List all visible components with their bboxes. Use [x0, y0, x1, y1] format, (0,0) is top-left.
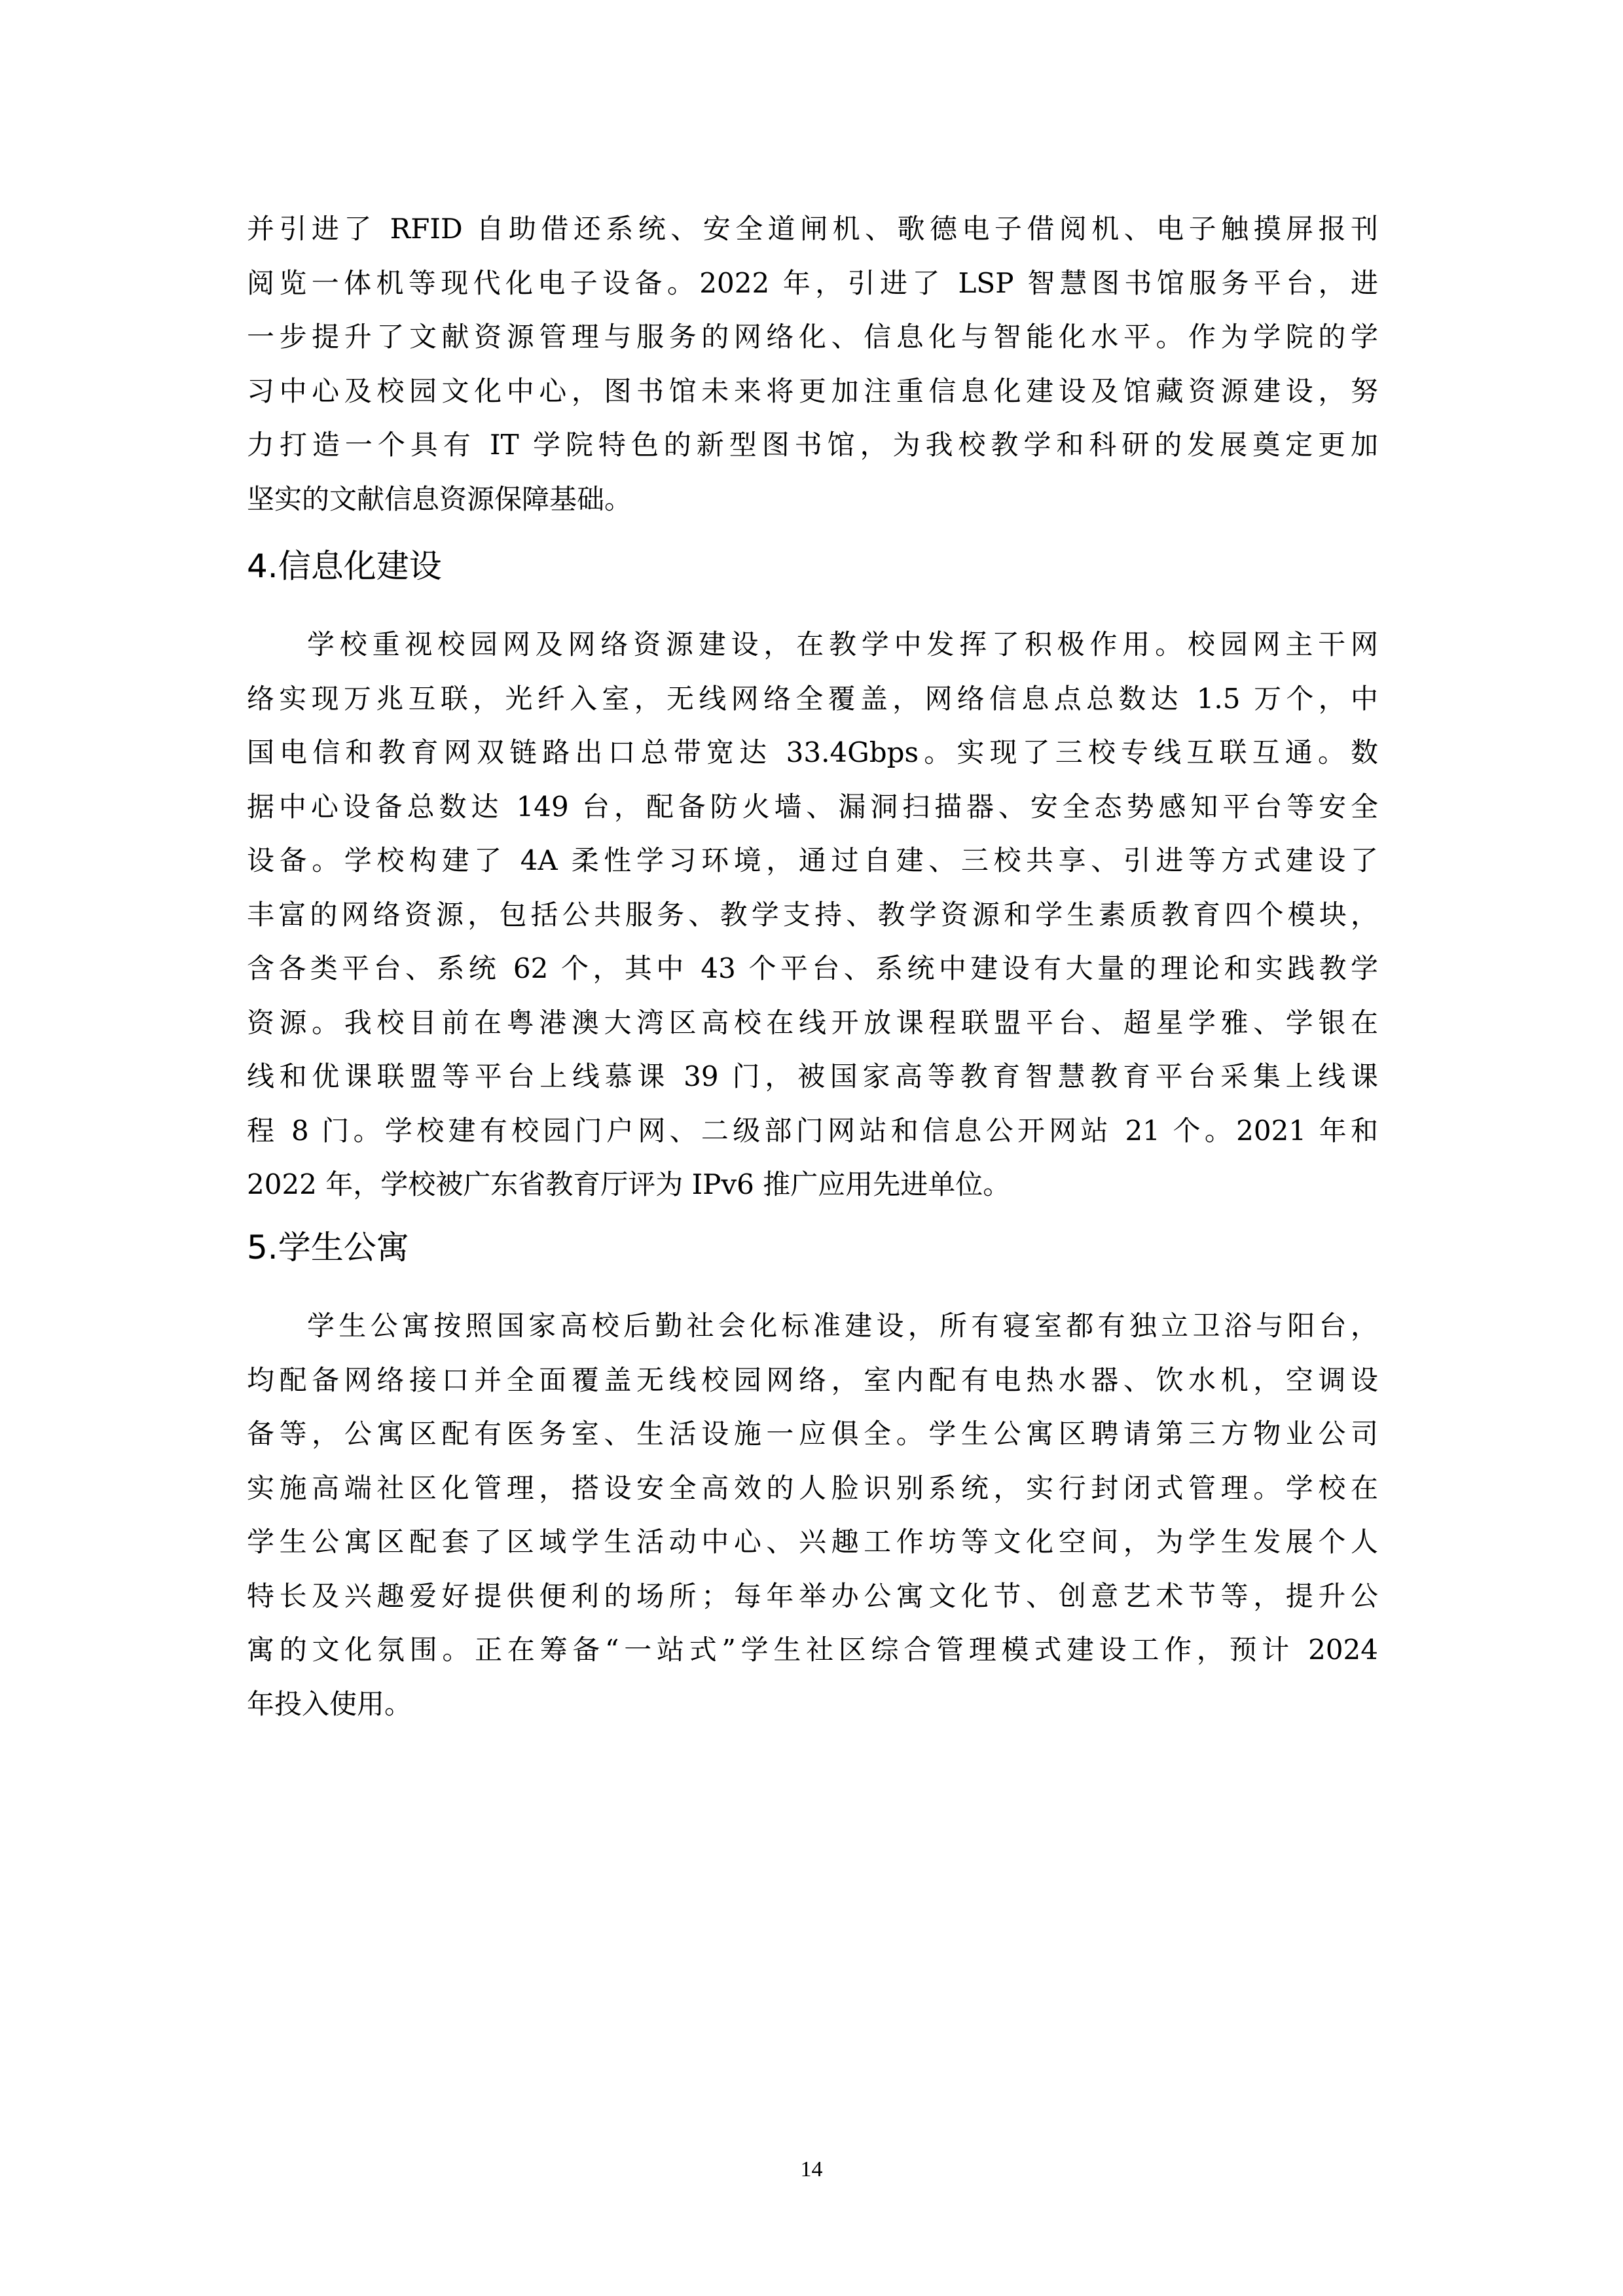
text-line: 坚实的文献信息资源保障基础。 — [247, 473, 1378, 527]
text-line: 络实现万兆互联，光纤入室，无线网络全覆盖，网络信息点总数达 1.5 万个，中 — [247, 672, 1378, 726]
text-line: 实施高端社区化管理，搭设安全高效的人脸识别系统，实行封闭式管理。学校在 — [247, 1462, 1378, 1516]
text-line: 2022 年，学校被广东省教育厅评为 IPv6 推广应用先进单位。 — [247, 1158, 1378, 1212]
text-line: 习中心及校园文化中心，图书馆未来将更加注重信息化建设及馆藏资源建设，努 — [247, 365, 1378, 419]
text-line: 力打造一个具有 IT 学院特色的新型图书馆，为我校教学和科研的发展奠定更加 — [247, 418, 1378, 473]
text-line: 设备。学校构建了 4A 柔性学习环境，通过自建、三校共享、引进等方式建设了 — [247, 834, 1378, 888]
paragraph-library-continued: 并引进了 RFID 自助借还系统、安全道闸机、歌德电子借阅机、电子触摸屏报刊 阅… — [247, 202, 1378, 526]
text-line: 均配备网络接口并全面覆盖无线校园网络，室内配有电热水器、饮水机，空调设 — [247, 1354, 1378, 1408]
text-line: 年投入使用。 — [247, 1677, 1378, 1732]
text-line: 学生公寓按照国家高校后勤社会化标准建设，所有寝室都有独立卫浴与阳台， — [247, 1299, 1378, 1354]
text-line: 含各类平台、系统 62 个，其中 43 个平台、系统中建设有大量的理论和实践教学 — [247, 942, 1378, 996]
text-line: 线和优课联盟等平台上线慕课 39 门，被国家高等教育智慧教育平台采集上线课 — [247, 1050, 1378, 1104]
text-line: 国电信和教育网双链路出口总带宽达 33.4Gbps。实现了三校专线互联互通。数 — [247, 726, 1378, 780]
text-line: 寓的文化氛围。正在筹备“一站式”学生社区综合管理模式建设工作，预计 2024 — [247, 1623, 1378, 1677]
text-line: 特长及兴趣爱好提供便利的场所；每年举办公寓文化节、创意艺术节等，提升公 — [247, 1570, 1378, 1624]
text-line: 资源。我校目前在粤港澳大湾区高校在线开放课程联盟平台、超星学雅、学银在 — [247, 996, 1378, 1050]
paragraph-student-apartment: 学生公寓按照国家高校后勤社会化标准建设，所有寝室都有独立卫浴与阳台， 均配备网络… — [247, 1299, 1378, 1731]
document-page: 并引进了 RFID 自助借还系统、安全道闸机、歌德电子借阅机、电子触摸屏报刊 阅… — [0, 0, 1623, 2296]
page-number: 14 — [0, 2157, 1623, 2182]
text-line: 学生公寓区配套了区域学生活动中心、兴趣工作坊等文化空间，为学生发展个人 — [247, 1515, 1378, 1570]
text-line: 一步提升了文献资源管理与服务的网络化、信息化与智能化水平。作为学院的学 — [247, 310, 1378, 365]
paragraph-informatization: 学校重视校园网及网络资源建设，在教学中发挥了积极作用。校园网主干网 络实现万兆互… — [247, 618, 1378, 1212]
text-line: 据中心设备总数达 149 台，配备防火墙、漏洞扫描器、安全态势感知平台等安全 — [247, 780, 1378, 834]
text-line: 学校重视校园网及网络资源建设，在教学中发挥了积极作用。校园网主干网 — [247, 618, 1378, 672]
text-line: 程 8 门。学校建有校园门户网、二级部门网站和信息公开网站 21 个。2021 … — [247, 1104, 1378, 1158]
text-line: 丰富的网络资源，包括公共服务、教学支持、教学资源和学生素质教育四个模块， — [247, 888, 1378, 942]
section-heading-informatization: 4.信息化建设 — [247, 547, 442, 586]
text-line: 并引进了 RFID 自助借还系统、安全道闸机、歌德电子借阅机、电子触摸屏报刊 — [247, 202, 1378, 257]
text-line: 阅览一体机等现代化电子设备。2022 年，引进了 LSP 智慧图书馆服务平台，进 — [247, 257, 1378, 311]
section-heading-student-apartment: 5.学生公寓 — [247, 1228, 409, 1267]
text-line: 备等，公寓区配有医务室、生活设施一应俱全。学生公寓区聘请第三方物业公司 — [247, 1407, 1378, 1462]
